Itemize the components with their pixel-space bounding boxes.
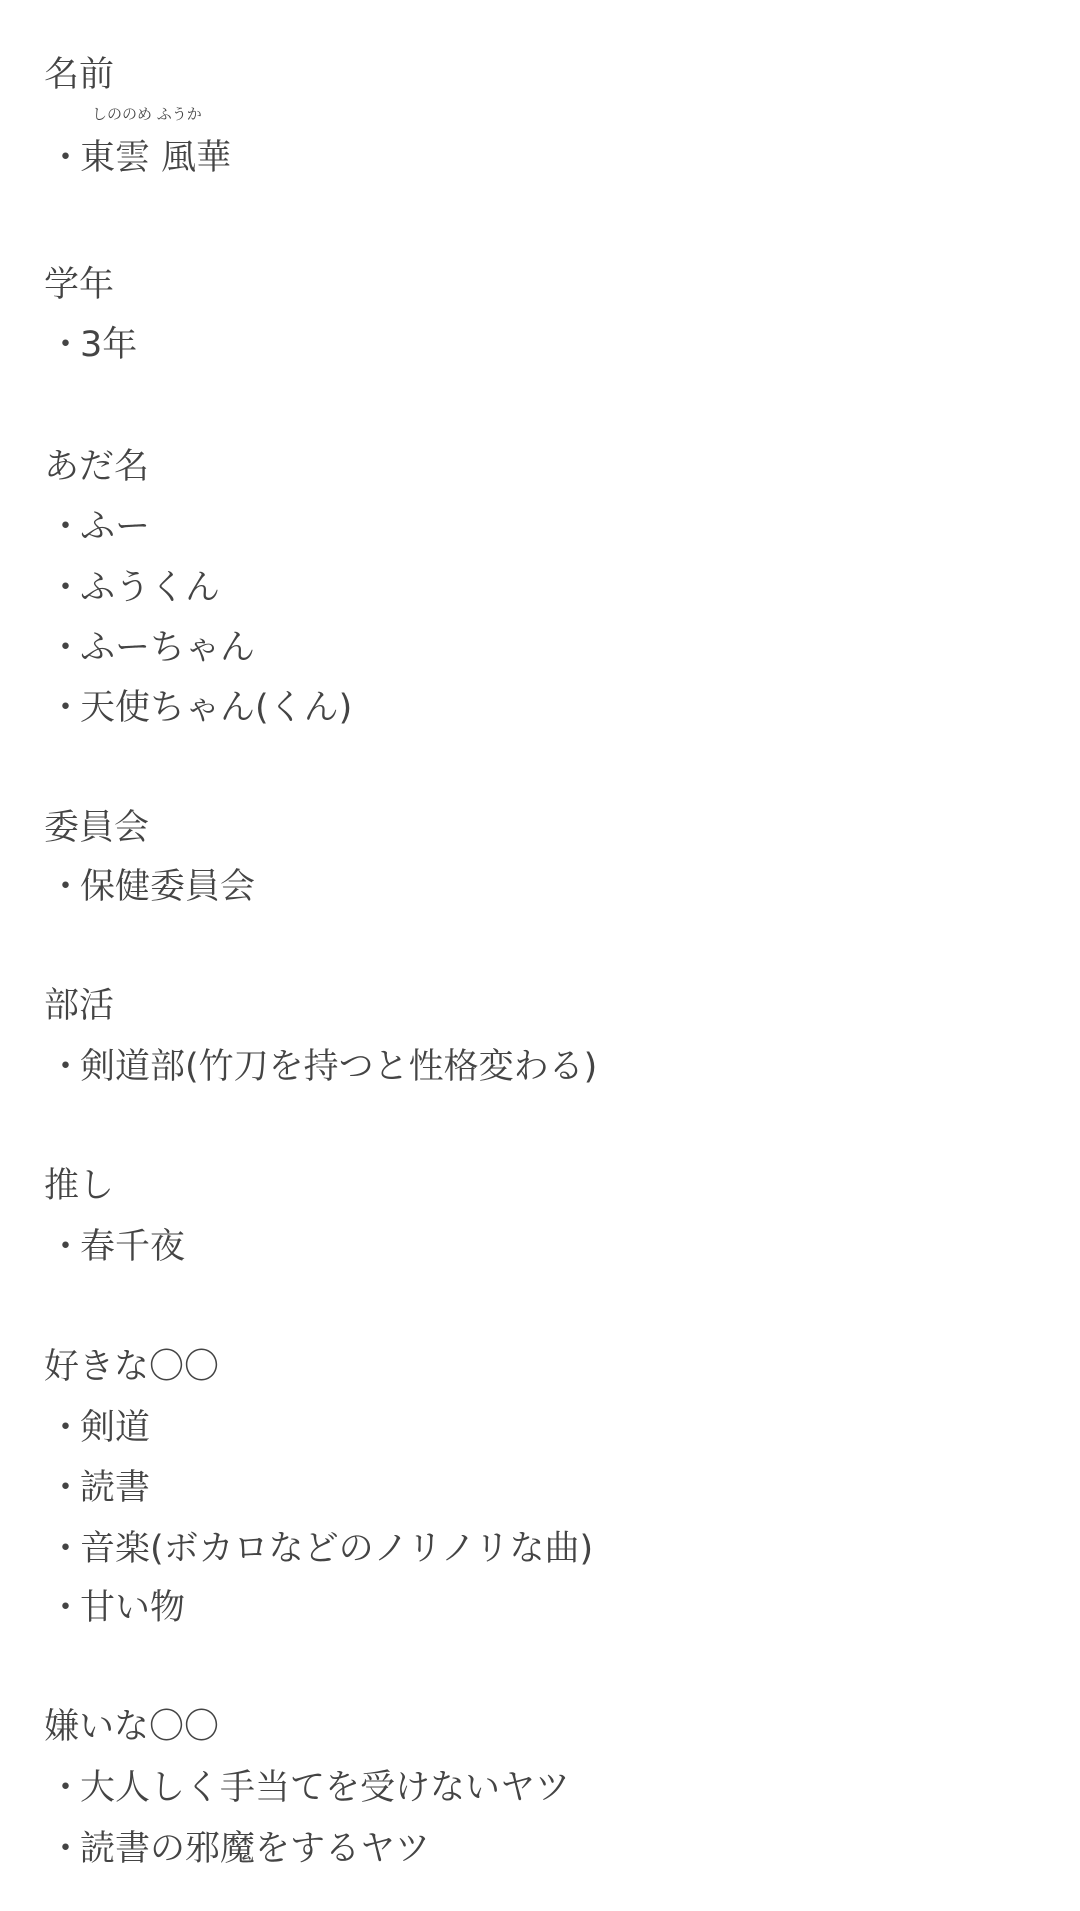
heading-dislikes: 嫌いな〇〇 (44, 1705, 219, 1749)
list-item: ・保健委員会 (48, 865, 255, 909)
name-ruby: しののめ ふうか (92, 104, 202, 124)
heading-club: 部活 (44, 984, 114, 1028)
list-item: ・ふーちゃん (48, 626, 255, 670)
list-item: ・春千夜 (48, 1225, 185, 1269)
bullet-icon: ・ (48, 1406, 80, 1450)
heading-likes: 好きな〇〇 (44, 1345, 219, 1389)
bullet-icon: ・ (48, 1466, 80, 1510)
list-item: ・剣道 (48, 1406, 150, 1450)
bullet-icon: ・ (48, 136, 80, 180)
heading-nicknames: あだ名 (44, 445, 149, 489)
list-item: ・3年 (48, 323, 137, 367)
list-item: ・剣道部(竹刀を持つと性格変わる) (48, 1045, 597, 1089)
bullet-icon: ・ (48, 1045, 80, 1089)
bullet-icon: ・ (48, 323, 80, 367)
bullet-icon: ・ (48, 1586, 80, 1630)
bullet-icon: ・ (48, 566, 80, 610)
heading-grade: 学年 (44, 263, 114, 307)
heading-committee: 委員会 (44, 806, 149, 850)
list-item: ・甘い物 (48, 1586, 185, 1630)
list-item: ・大人しく手当てを受けないヤツ (48, 1766, 570, 1810)
list-item: ・ふうくん (48, 566, 220, 610)
bullet-icon: ・ (48, 505, 80, 549)
list-item: ・天使ちゃん(くん) (48, 686, 352, 730)
list-item: ・東雲 風華 (48, 136, 231, 180)
bullet-icon: ・ (48, 686, 80, 730)
heading-oshi: 推し (44, 1164, 114, 1208)
list-item: ・ふー (48, 505, 150, 549)
list-item: ・読書 (48, 1466, 150, 1510)
heading-name: 名前 (44, 53, 114, 97)
bullet-icon: ・ (48, 1766, 80, 1810)
bullet-icon: ・ (48, 865, 80, 909)
bullet-icon: ・ (48, 1527, 80, 1571)
list-item: ・読書の邪魔をするヤツ (48, 1827, 430, 1871)
list-item: ・音楽(ボカロなどのノリノリな曲) (48, 1527, 593, 1571)
bullet-icon: ・ (48, 1827, 80, 1871)
bullet-icon: ・ (48, 1225, 80, 1269)
bullet-icon: ・ (48, 626, 80, 670)
